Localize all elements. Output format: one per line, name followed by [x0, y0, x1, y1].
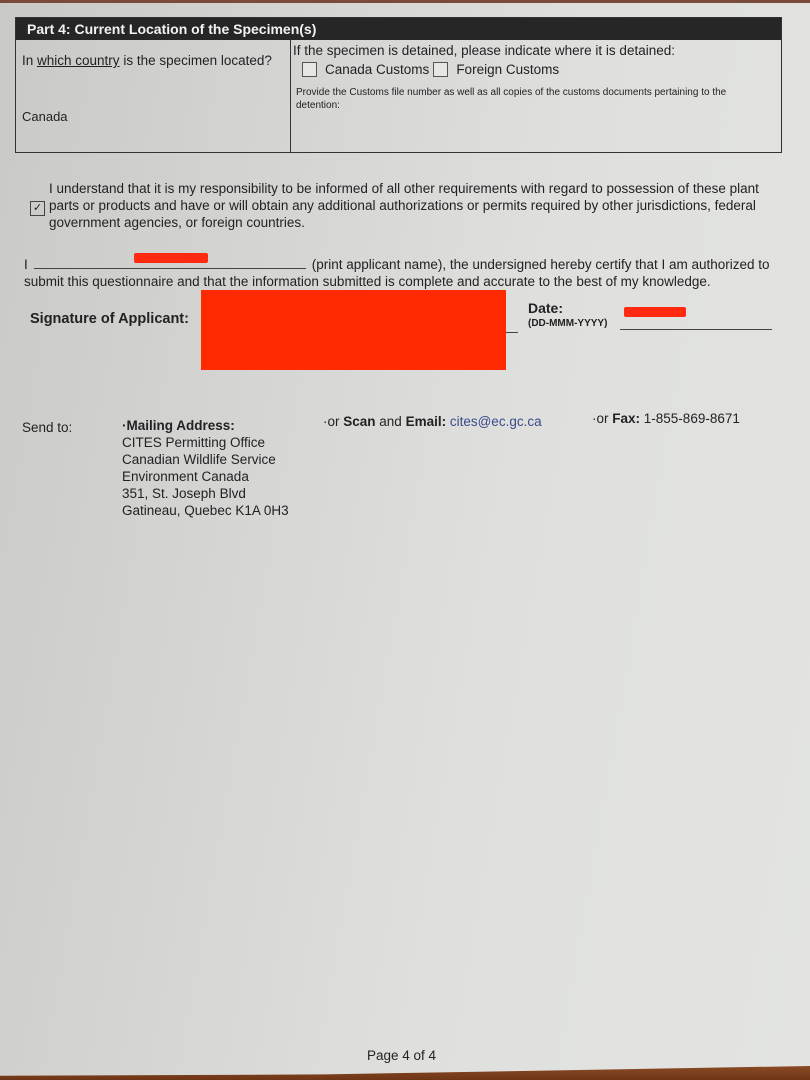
- redacted-name: [134, 253, 208, 263]
- address-line: 351, St. Joseph Blvd: [122, 485, 289, 502]
- country-answer[interactable]: Canada: [22, 109, 68, 124]
- canada-customs-label: Canada Customs: [325, 62, 429, 77]
- canada-customs-checkbox[interactable]: [302, 62, 317, 77]
- acknowledgement-checkbox[interactable]: ✓: [30, 201, 45, 216]
- part4-section: Part 4: Current Location of the Specimen…: [15, 17, 782, 153]
- date-label: Date:: [528, 300, 563, 316]
- paper-top-edge: [0, 0, 810, 3]
- fax-option: ·or Fax: 1-855-869-8671: [592, 411, 740, 426]
- certification-prefix: I: [24, 257, 28, 272]
- country-question: In which country is the specimen located…: [22, 53, 272, 68]
- signature-field-redacted[interactable]: [201, 290, 506, 370]
- address-line: CITES Permitting Office: [122, 434, 289, 451]
- foreign-customs-label: Foreign Customs: [456, 62, 559, 77]
- customs-file-note: Provide the Customs file number as well …: [296, 86, 766, 112]
- date-field[interactable]: [620, 329, 772, 330]
- section-header: Part 4: Current Location of the Specimen…: [16, 18, 781, 40]
- foreign-customs-checkbox[interactable]: [433, 62, 448, 77]
- address-line: Environment Canada: [122, 468, 289, 485]
- applicant-name-field[interactable]: [34, 256, 306, 269]
- date-format-hint: (DD-MMM-YYYY): [528, 318, 607, 329]
- scan-email-option: ·or Scan and Email: cites@ec.gc.ca: [323, 414, 542, 429]
- certification-statement: I(print applicant name), the undersigned…: [24, 256, 784, 290]
- date-redacted: [624, 307, 686, 317]
- address-line: Gatineau, Quebec K1A 0H3: [122, 502, 289, 519]
- signature-label: Signature of Applicant:: [30, 311, 189, 327]
- acknowledgement-text: I understand that it is my responsibilit…: [49, 180, 780, 231]
- mailing-heading: ·Mailing Address:: [122, 417, 289, 434]
- country-cell: In which country is the specimen located…: [16, 40, 291, 153]
- detention-cell: If the specimen is detained, please indi…: [291, 40, 781, 153]
- desk-surface: [0, 1066, 810, 1080]
- fax-number: 1-855-869-8671: [644, 411, 740, 426]
- email-link[interactable]: cites@ec.gc.ca: [450, 414, 542, 429]
- page-number: Page 4 of 4: [367, 1048, 436, 1063]
- mailing-address: ·Mailing Address: CITES Permitting Offic…: [122, 417, 289, 519]
- address-line: Canadian Wildlife Service: [122, 451, 289, 468]
- detained-question: If the specimen is detained, please indi…: [293, 43, 675, 58]
- acknowledgement: ✓ I understand that it is my responsibil…: [30, 180, 780, 231]
- send-to-label: Send to:: [22, 420, 72, 435]
